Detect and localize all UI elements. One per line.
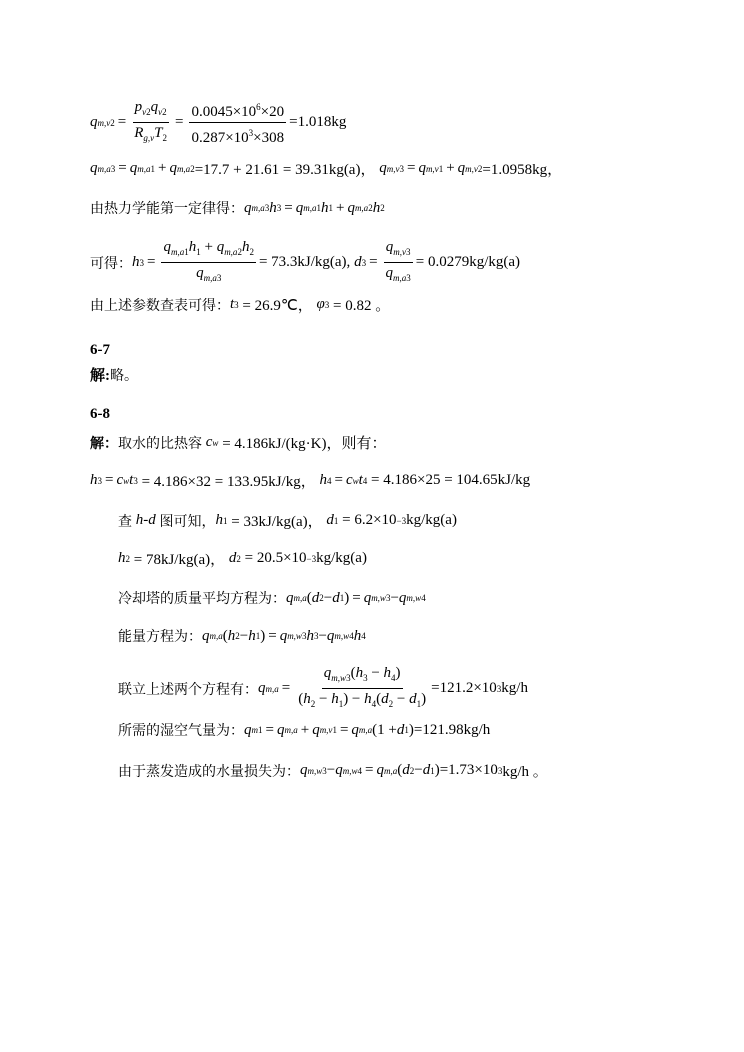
eq-h3-d3: 可得： h3= qm,a1h1 + qm,a2h2qm,a3 = 73.3kJ/… <box>90 238 520 287</box>
h3-result: = 73.3kJ/kg(a), <box>259 254 350 271</box>
qmv2-result: =1.018kg <box>289 114 346 131</box>
phi3-value: = 0.82 。 <box>333 294 390 315</box>
result-label: 可得： <box>90 253 132 273</box>
eq-h3-h4: h3=cwt3 = 4.186×32 = 133.95kJ/kg， h4=cwt… <box>90 470 530 491</box>
energy-balance-line: 能量方程为： qm,a(h2 − h1)=qm,w3h3 − qm,w4h4 <box>118 626 366 646</box>
section-6-7-solution: 解: 略。 <box>90 364 138 385</box>
t3-value: = 26.9℃， <box>242 294 312 315</box>
eq-qma3-qmv3: qm,a3=qm,a1+qm,a2 =17.7 + 21.61 = 39.31k… <box>90 158 562 179</box>
h3-calc: = 4.186×32 = 133.95kJ/kg， <box>142 470 316 491</box>
lookup-label: 由上述参数查表可得： <box>90 295 230 315</box>
combined-equation-line: 联立上述两个方程有： qm,a= qm,w3(h3 − h4)(h2 − h1)… <box>118 664 528 713</box>
h4-calc: = 4.186×25 = 104.65kJ/kg <box>371 472 530 489</box>
h2-d2-line: h2 = 78kJ/kg(a)， d2 = 20.5×10−3kg/kg(a) <box>118 548 367 569</box>
section-6-8-intro: 解： 取水的比热容 cw = 4.186kJ/(kg·K)，则有： <box>90 432 386 453</box>
lookup-line: 由上述参数查表可得： t3 = 26.9℃， φ3 = 0.82 。 <box>90 294 390 315</box>
first-law-line: 由热力学能第一定律得： qm,a3h3=qm,a1h1+qm,a2h2 <box>90 198 385 218</box>
qma3-result: =17.7 + 21.61 = 39.31kg(a)， <box>195 158 376 179</box>
first-law-label: 由热力学能第一定律得： <box>90 198 244 218</box>
water-loss-line: 由于蒸发造成的水量损失为： qm,w3 − qm,w4=qm,a(d2 − d1… <box>118 760 548 781</box>
section-6-7-title: 6-7 <box>90 342 110 359</box>
humid-air-line: 所需的湿空气量为： qm1=qm,a+qm,v1=qm,a(1 + d1)=12… <box>118 720 490 740</box>
hd-chart-line: 查 h-d 图可知， h1 = 33kJ/kg(a)， d1 = 6.2×10−… <box>118 510 457 531</box>
mass-balance-line: 冷却塔的质量平均方程为： qm,a(d2 − d1)=qm,w3 − qm,w4 <box>118 588 426 608</box>
eq-qmv2: qm,v2= pv2qv2Rg,vT2 = 0.0045×106×200.287… <box>90 98 346 147</box>
section-6-8-title: 6-8 <box>90 406 110 423</box>
d3-result: = 0.0279kg/kg(a) <box>416 254 520 271</box>
qmv3-result: =1.0958kg， <box>482 158 562 179</box>
